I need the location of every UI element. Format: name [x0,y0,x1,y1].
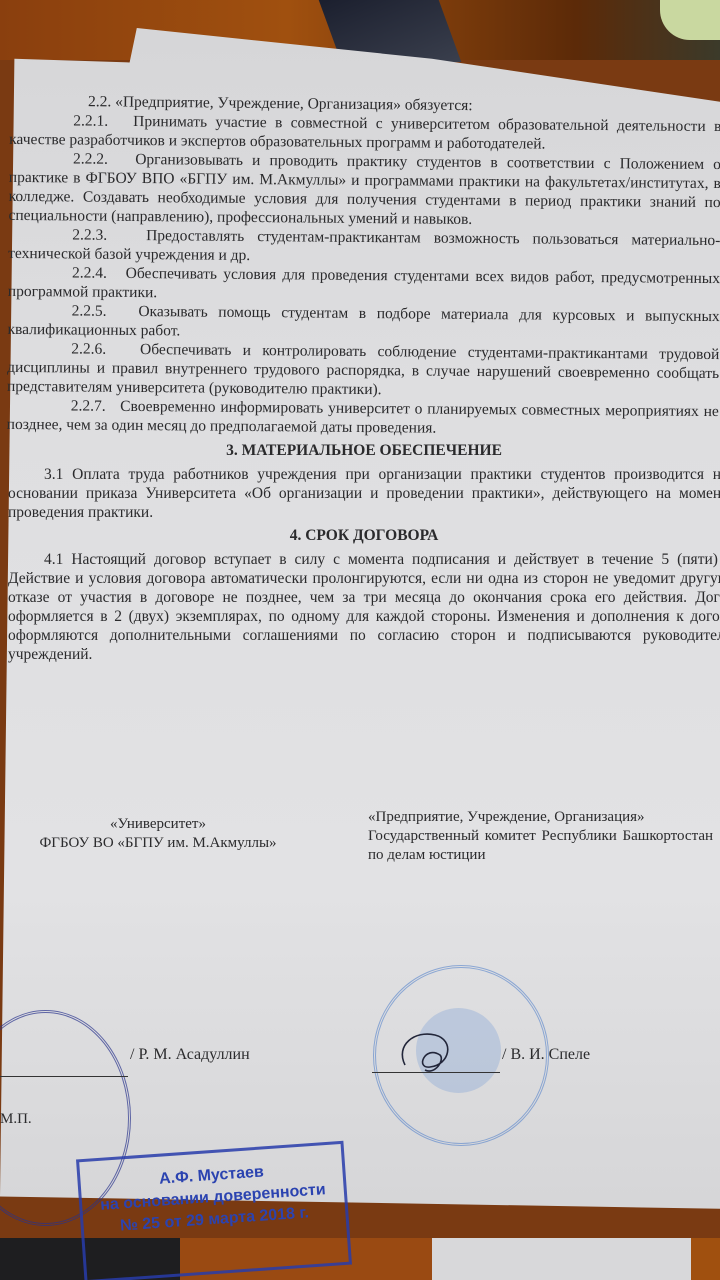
clause-number: 2.2.1. [73,112,108,129]
clause-text: Организовывать и проводить практику студ… [8,151,720,228]
organization-signer: / В. И. Спеле [502,1045,590,1064]
clause-text: Обеспечивать условия для проведения студ… [8,265,720,301]
clause-2-2-3: 2.2.3. Предоставлять студентам-практикан… [8,225,720,269]
university-signature-line [0,1076,128,1077]
section-4-title: 4. СРОК ДОГОВОРА [8,526,720,545]
section-4-text: 4.1 Настоящий договор вступает в силу с … [8,550,720,664]
university-org: ФГБОУ ВО «БГПУ им. М.Акмуллы» [8,834,308,853]
clause-2-2-5: 2.2.5. Оказывать помощь студентам в подб… [7,301,719,345]
organization-title: «Предприятие, Учреждение, Организация» [368,808,713,827]
section-3-text: 3.1 Оплата труда работников учреждения п… [8,465,720,522]
clause-list: 2.2.1. Принимать участие в совместной с … [7,111,720,440]
clause-number: 2.2.2. [73,150,108,167]
clause-2-2-6: 2.2.6. Обеспечивать и контролировать соб… [7,339,719,402]
clause-number: 2.2.3. [72,226,107,243]
clause-2-2-4: 2.2.4. Обеспечивать условия для проведен… [8,263,720,307]
clause-2-2-2: 2.2.2. Организовывать и проводить практи… [8,149,720,231]
clause-number: 2.2.6. [71,340,106,357]
clause-text: Оказывать помощь студентам в подборе мат… [7,303,719,339]
clause-number: 2.2.7. [71,397,106,414]
clause-text: Принимать участие в совместной с универс… [9,113,720,153]
handwritten-signature-icon [395,1025,465,1080]
clause-number: 2.2.4. [72,264,107,281]
document-body: 2.2. «Предприятие, Учреждение, Организац… [8,95,720,664]
seal-placeholder-mp: М.П. [0,1110,32,1129]
power-of-attorney-stamp: А.Ф. Мустаев на основании доверенности №… [76,1141,352,1280]
clause-2-2-7: 2.2.7. Своевременно информировать универ… [7,396,719,440]
clause-2-2-1: 2.2.1. Принимать участие в совместной с … [9,111,720,155]
section-3-title: 3. МАТЕРИАЛЬНОЕ ОБЕСПЕЧЕНИЕ [8,441,720,460]
organization-signature-block: «Предприятие, Учреждение, Организация» Г… [368,808,713,865]
clause-text: Своевременно информировать университет о… [7,398,719,437]
clause-text: Предоставлять студентам-практикантам воз… [8,227,720,264]
organization-name: Государственный комитет Республики Башко… [368,827,713,865]
university-signer: / Р. М. Асадуллин [130,1045,250,1064]
university-signature-block: «Университет» ФГБОУ ВО «БГПУ им. М.Акмул… [8,815,308,853]
clause-number: 2.2.5. [72,302,107,319]
clause-text: Обеспечивать и контролировать соблюдение… [7,341,719,398]
university-title: «Университет» [8,815,308,834]
